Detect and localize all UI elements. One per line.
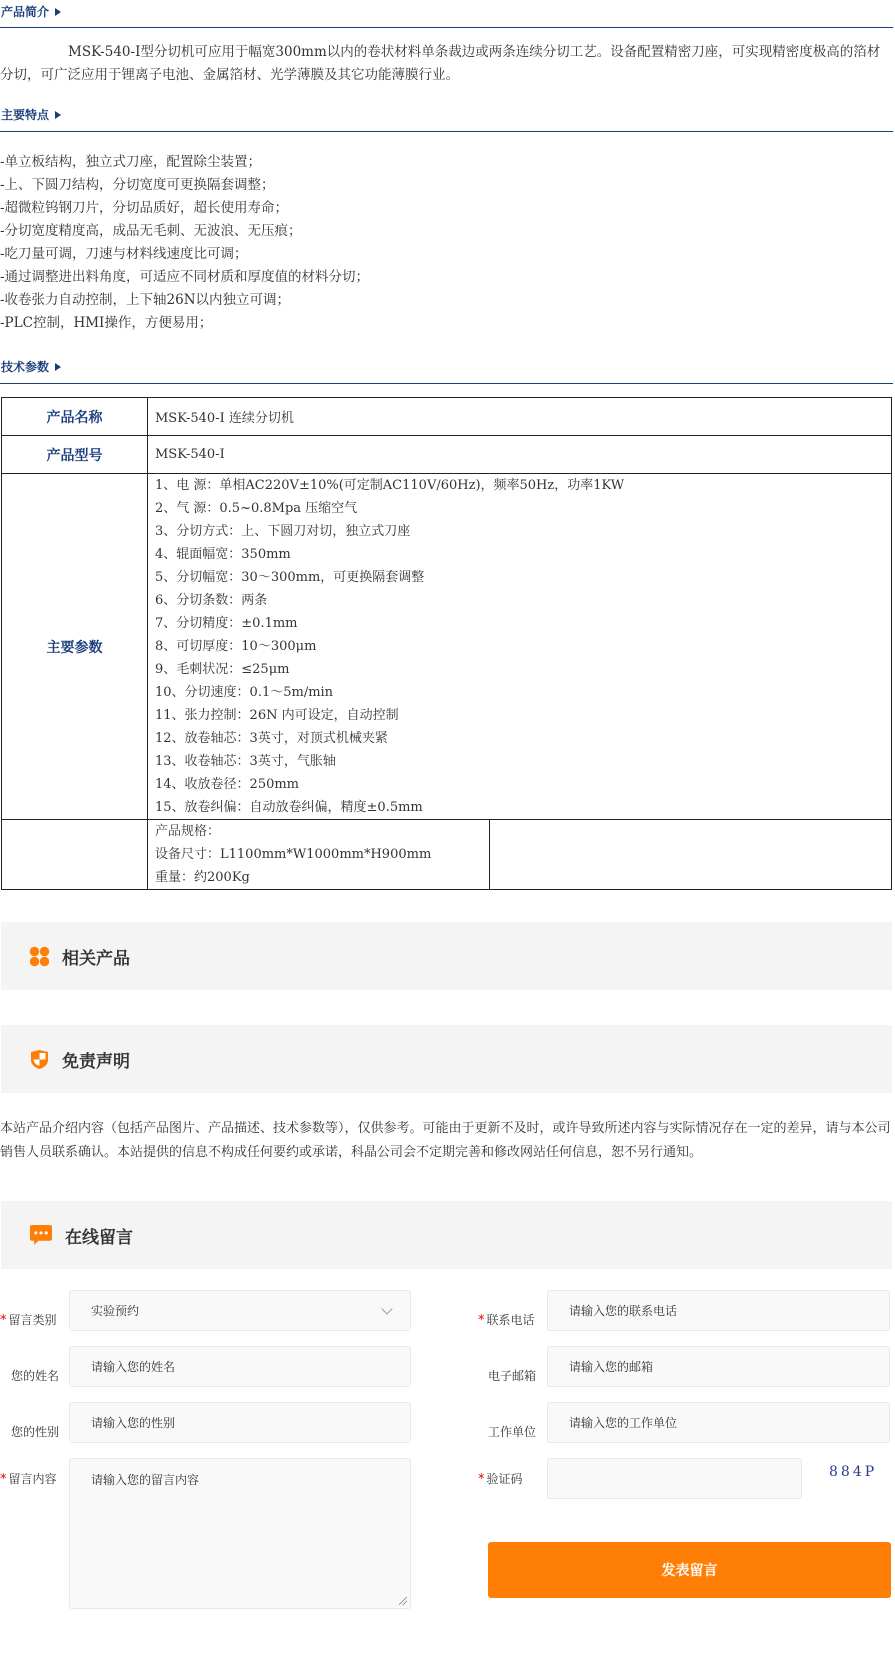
divider	[0, 383, 893, 384]
feature-item: -上、下圆刀结构，分切宽度可更换隔套调整；	[0, 174, 369, 197]
section-title-intro: 产品简介	[1, 3, 61, 20]
param-item: 4、辊面幅宽：350mm	[155, 543, 891, 566]
size-line: 产品规格：	[155, 820, 489, 843]
feature-item: -通过调整进出料角度，可适应不同材质和厚度值的材料分切；	[0, 266, 369, 289]
feature-item: -分切宽度精度高，成品无毛刺、无波浪、无压痕；	[0, 220, 369, 243]
panel-title: 免责声明	[62, 1047, 130, 1072]
content-textarea[interactable]: 请输入您的留言内容	[69, 1458, 411, 1609]
panel-title: 相关产品	[62, 944, 130, 969]
shield-icon	[29, 1049, 50, 1070]
related-products-panel: 相关产品	[1, 922, 892, 990]
chat-bubble-icon	[29, 1224, 53, 1246]
divider	[0, 27, 893, 28]
features-list: -单立板结构，独立式刀座，配置除尘装置； -上、下圆刀结构，分切宽度可更换隔套调…	[0, 151, 369, 335]
content-label: *留言内容	[0, 1470, 57, 1487]
captcha-label: *验证码	[478, 1470, 523, 1487]
email-label: 电子邮箱	[488, 1367, 536, 1384]
spec-params: 1、电 源：单相AC220V±10%(可定制AC110V/60Hz)，频率50H…	[148, 474, 892, 820]
table-row: 产品型号 MSK-540-I	[2, 436, 892, 474]
section-title-features: 主要特点	[1, 106, 61, 123]
size-line: 设备尺寸：L1100mm*W1000mm*H900mm	[155, 843, 489, 866]
gender-input[interactable]: 请输入您的性别	[69, 1402, 411, 1443]
spec-table: 产品名称 MSK-540-I 连续分切机 产品型号 MSK-540-I 主要参数…	[1, 397, 892, 890]
triangle-right-icon	[55, 363, 61, 371]
phone-label: *联系电话	[478, 1311, 535, 1328]
param-item: 11、张力控制：26N 内可设定，自动控制	[155, 704, 891, 727]
name-label: 您的姓名	[11, 1367, 59, 1384]
param-item: 3、分切方式：上、下圆刀对切，独立式刀座	[155, 520, 891, 543]
spec-label	[2, 820, 148, 890]
param-item: 14、收放卷径：250mm	[155, 773, 891, 796]
divider	[0, 131, 893, 132]
feature-item: -吃刀量可调，刀速与材料线速度比可调；	[0, 243, 369, 266]
param-item: 10、分切速度：0.1～5m/min	[155, 681, 891, 704]
spec-label: 产品名称	[2, 398, 148, 436]
company-label: 工作单位	[488, 1423, 536, 1440]
phone-input[interactable]: 请输入您的联系电话	[547, 1290, 890, 1331]
name-input[interactable]: 请输入您的姓名	[69, 1346, 411, 1387]
spec-value: MSK-540-I 连续分切机	[148, 398, 892, 436]
submit-message-button[interactable]: 发表留言	[488, 1542, 891, 1598]
param-item: 2、气 源：0.5~0.8Mpa 压缩空气	[155, 497, 891, 520]
param-item: 8、可切厚度：10～300μm	[155, 635, 891, 658]
disclaimer-text: 本站产品介绍内容（包括产品图片、产品描述、技术参数等），仅供参考。可能由于更新不…	[0, 1117, 893, 1165]
table-row: 主要参数 1、电 源：单相AC220V±10%(可定制AC110V/60Hz)，…	[2, 474, 892, 820]
email-input[interactable]: 请输入您的邮箱	[547, 1346, 890, 1387]
category-label: *留言类别	[0, 1311, 57, 1328]
message-panel: 在线留言	[1, 1201, 892, 1269]
category-select[interactable]: 实验预约	[69, 1290, 411, 1331]
intro-text: MSK-540-I型分切机可应用于幅宽300mm以内的卷状材料单条裁边或两条连续…	[0, 41, 893, 87]
triangle-right-icon	[55, 8, 61, 16]
table-row: 产品名称 MSK-540-I 连续分切机	[2, 398, 892, 436]
panel-title: 在线留言	[65, 1223, 133, 1248]
table-row: 产品规格： 设备尺寸：L1100mm*W1000mm*H900mm 重量：约20…	[2, 820, 892, 890]
param-item: 1、电 源：单相AC220V±10%(可定制AC110V/60Hz)，频率50H…	[155, 474, 891, 497]
disclaimer-panel: 免责声明	[1, 1025, 892, 1093]
triangle-right-icon	[55, 111, 61, 119]
spec-label: 主要参数	[2, 474, 148, 820]
feature-item: -PLC控制，HMI操作，方便易用；	[0, 312, 369, 335]
feature-item: -收卷张力自动控制，上下轴26N以内独立可调；	[0, 289, 369, 312]
param-item: 12、放卷轴芯：3英寸，对顶式机械夹紧	[155, 727, 891, 750]
spec-size: 产品规格： 设备尺寸：L1100mm*W1000mm*H900mm 重量：约20…	[148, 820, 490, 890]
gender-label: 您的性别	[11, 1423, 59, 1440]
feature-item: -超微粒钨钢刀片，分切品质好，超长使用寿命；	[0, 197, 369, 220]
param-item: 13、收卷轴芯：3英寸，气胀轴	[155, 750, 891, 773]
company-input[interactable]: 请输入您的工作单位	[547, 1402, 890, 1443]
section-title-specs: 技术参数	[1, 358, 61, 375]
captcha-image[interactable]: 884P	[829, 1464, 877, 1480]
param-item: 7、分切精度：±0.1mm	[155, 612, 891, 635]
size-line: 重量：约200Kg	[155, 866, 489, 889]
chevron-down-icon	[381, 1303, 392, 1314]
param-item: 9、毛刺状况：≤25μm	[155, 658, 891, 681]
spec-value: MSK-540-I	[148, 436, 892, 474]
param-item: 15、放卷纠偏：自动放卷纠偏，精度±0.5mm	[155, 796, 891, 819]
spec-extra	[490, 820, 892, 890]
spec-label: 产品型号	[2, 436, 148, 474]
resize-handle-icon[interactable]	[399, 1597, 407, 1605]
param-item: 5、分切幅宽：30～300mm，可更换隔套调整	[155, 566, 891, 589]
param-item: 6、分切条数：两条	[155, 589, 891, 612]
captcha-input[interactable]	[547, 1458, 802, 1499]
feature-item: -单立板结构，独立式刀座，配置除尘装置；	[0, 151, 369, 174]
clover-icon	[29, 946, 50, 967]
